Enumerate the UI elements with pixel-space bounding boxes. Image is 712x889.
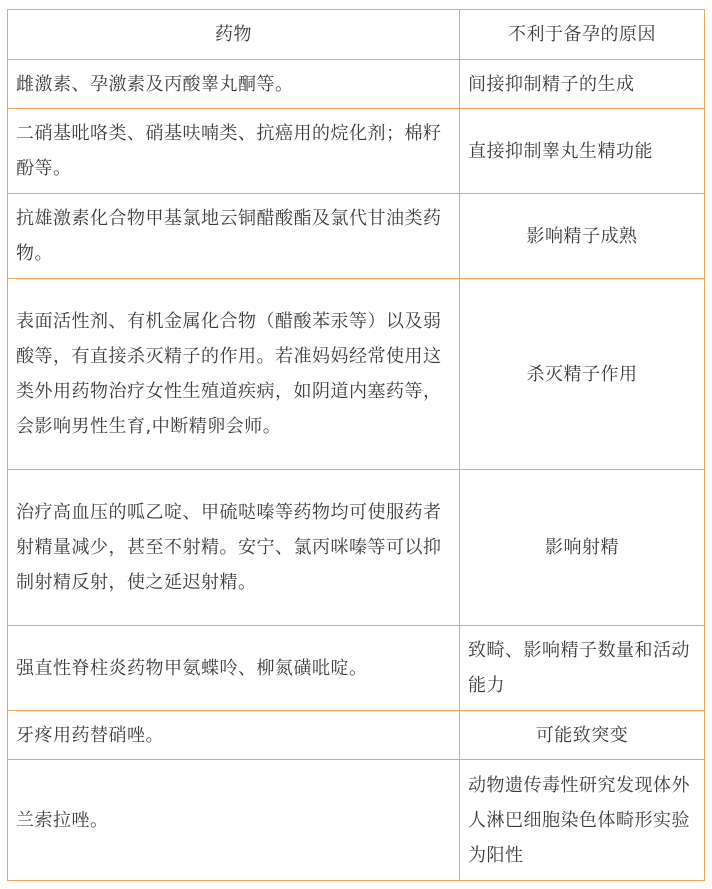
table-row: 抗雄激素化合物甲基氯地云铜醋酸酯及氯代甘油类药物。 影响精子成熟 [8,194,705,279]
drug-cell: 雌激素、孕激素及丙酸睾丸酮等。 [8,60,460,109]
table-header-row: 药物 不利于备孕的原因 [8,10,705,60]
reason-cell: 致畸、影响精子数量和活动能力 [460,626,705,711]
drug-table: 药物 不利于备孕的原因 雌激素、孕激素及丙酸睾丸酮等。 间接抑制精子的生成 二硝… [7,9,705,881]
table-row: 兰索拉唑。 动物遗传毒性研究发现体外人淋巴细胞染色体畸形实验为阳性 [8,760,705,881]
reason-cell: 影响精子成熟 [460,194,705,279]
table-row: 雌激素、孕激素及丙酸睾丸酮等。 间接抑制精子的生成 [8,60,705,109]
reason-cell: 动物遗传毒性研究发现体外人淋巴细胞染色体畸形实验为阳性 [460,760,705,881]
table-row: 强直性脊柱炎药物甲氨蝶呤、柳氮磺吡啶。 致畸、影响精子数量和活动能力 [8,626,705,711]
drug-cell: 强直性脊柱炎药物甲氨蝶呤、柳氮磺吡啶。 [8,626,460,711]
drug-cell: 治疗高血压的呱乙啶、甲硫哒嗪等药物均可使服药者射精量减少，甚至不射精。安宁、氯丙… [8,470,460,626]
reason-cell: 可能致突变 [460,711,705,760]
table-row: 二硝基吡咯类、硝基呋喃类、抗癌用的烷化剂；棉籽酚等。 直接抑制睾丸生精功能 [8,109,705,194]
table-row: 治疗高血压的呱乙啶、甲硫哒嗪等药物均可使服药者射精量减少，甚至不射精。安宁、氯丙… [8,470,705,626]
table-row: 牙疼用药替硝唑。 可能致突变 [8,711,705,760]
reason-cell: 直接抑制睾丸生精功能 [460,109,705,194]
table-row: 表面活性剂、有机金属化合物（醋酸苯汞等）以及弱酸等，有直接杀灭精子的作用。若准妈… [8,279,705,470]
header-reason: 不利于备孕的原因 [460,10,705,60]
reason-cell: 杀灭精子作用 [460,279,705,470]
drug-cell: 抗雄激素化合物甲基氯地云铜醋酸酯及氯代甘油类药物。 [8,194,460,279]
drug-cell: 表面活性剂、有机金属化合物（醋酸苯汞等）以及弱酸等，有直接杀灭精子的作用。若准妈… [8,279,460,470]
drug-cell: 二硝基吡咯类、硝基呋喃类、抗癌用的烷化剂；棉籽酚等。 [8,109,460,194]
reason-cell: 间接抑制精子的生成 [460,60,705,109]
drug-cell: 牙疼用药替硝唑。 [8,711,460,760]
header-drug: 药物 [8,10,460,60]
reason-cell: 影响射精 [460,470,705,626]
drug-cell: 兰索拉唑。 [8,760,460,881]
